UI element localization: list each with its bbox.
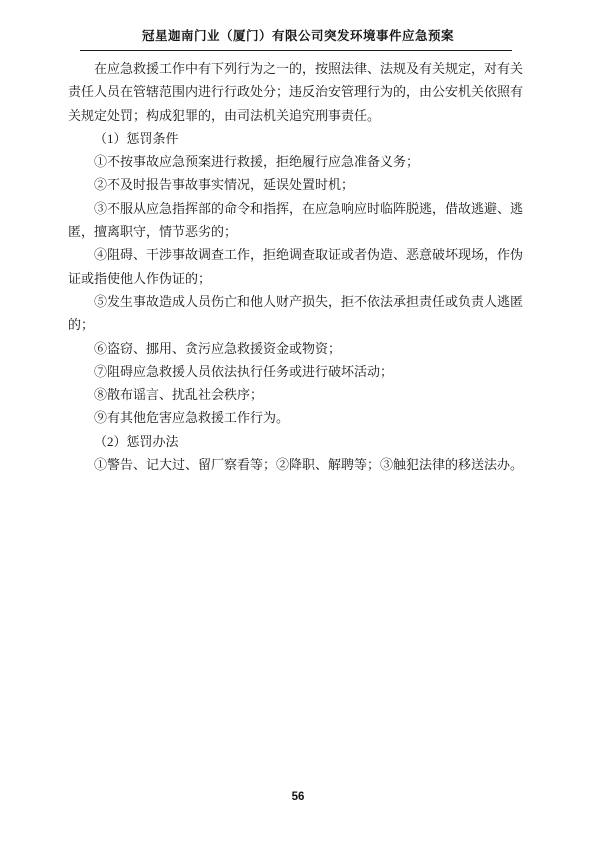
page-footer: 56 [0,787,596,805]
paragraph: （1）惩罚条件 [68,127,523,150]
page-number: 56 [292,791,305,803]
paragraph: ⑦阻碍应急救援人员依法执行任务或进行破坏活动； [68,360,523,383]
paragraph: ⑤发生事故造成人员伤亡和他人财产损失，拒不依法承担责任或负责人逃匿的； [68,290,523,337]
paragraph: ④阻碍、干涉事故调查工作，拒绝调查取证或者伪造、恶意破坏现场，作伪证或指使他人作… [68,243,523,290]
paragraph: ①警告、记大过、留厂察看等；②降职、解聘等；③触犯法律的移送法办。 [68,453,523,476]
paragraph: ⑧散布谣言、扰乱社会秩序； [68,383,523,406]
paragraph: ⑥盗窃、挪用、贪污应急救援资金或物资； [68,337,523,360]
paragraph: ①不按事故应急预案进行救援，拒绝履行应急准备义务； [68,150,523,173]
paragraph: ⑨有其他危害应急救援工作行为。 [68,406,523,429]
header-rule [80,50,512,51]
header-title: 冠星迦南门业（厦门）有限公司突发环境事件应急预案 [0,28,596,44]
paragraph: ③不服从应急指挥部的命令和指挥，在应急响应时临阵脱逃，借故逃避、逃匿，擅离职守，… [68,197,523,244]
paragraph: 在应急救援工作中有下列行为之一的，按照法律、法规及有关规定，对有关责任人员在管辖… [68,57,523,127]
document-page: 冠星迦南门业（厦门）有限公司突发环境事件应急预案 在应急救援工作中有下列行为之一… [0,0,596,843]
paragraph: ②不及时报告事故事实情况，延误处置时机； [68,173,523,196]
paragraph: （2）惩罚办法 [68,430,523,453]
page-header: 冠星迦南门业（厦门）有限公司突发环境事件应急预案 [0,28,596,44]
document-body: 在应急救援工作中有下列行为之一的，按照法律、法规及有关规定，对有关责任人员在管辖… [68,57,523,476]
